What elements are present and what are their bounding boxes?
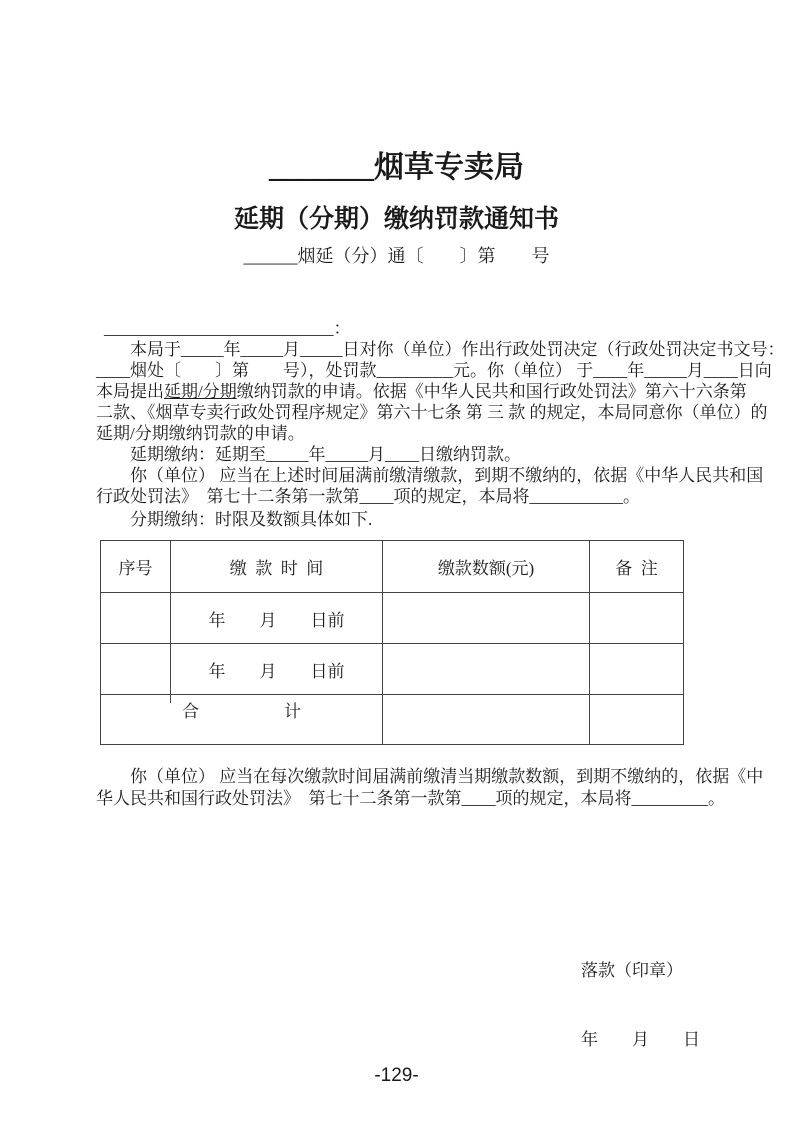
cell-time-2: 年 月 日前 bbox=[171, 644, 383, 695]
page-number: -129- bbox=[0, 1064, 793, 1088]
header-seq: 序号 bbox=[101, 541, 171, 593]
body-line-approve: 延期/分期缴纳罚款的申请。 bbox=[96, 423, 756, 444]
cell-total-amount bbox=[383, 695, 590, 745]
table-divider-tail bbox=[170, 695, 171, 703]
org-title: _______烟草专卖局 bbox=[96, 146, 697, 190]
signature-seal: 落款（印章） bbox=[581, 959, 781, 982]
apply-suffix: 缴纳罚款的申请。依据《中华人民共和国行政处罚法》第六十六条第 bbox=[237, 382, 747, 401]
cell-note-1 bbox=[590, 593, 684, 644]
document-page: _______烟草专卖局 延期（分期）缴纳罚款通知书 ______烟延（分）通〔… bbox=[0, 0, 793, 1122]
body-line-apply: 本局提出延期/分期缴纳罚款的申请。依据《中华人民共和国行政处罚法》第六十六条第 bbox=[96, 381, 756, 402]
after-table-paragraph: 你（单位） 应当在每次缴款时间届满前缴清当期缴款数额，到期不缴纳的，依据《中 华… bbox=[96, 766, 756, 810]
total-label-text: 合 计 bbox=[182, 702, 301, 721]
doc-title: 延期（分期）缴纳罚款通知书 bbox=[96, 202, 697, 236]
cell-total-label: 合 计 bbox=[101, 695, 383, 745]
cell-seq-2 bbox=[101, 644, 171, 695]
after-line-1: 你（单位） 应当在每次缴款时间届满前缴清当期缴款数额，到期不缴纳的，依据《中 bbox=[96, 766, 756, 788]
table-total-row: 合 计 bbox=[101, 695, 684, 745]
body-paragraphs: ___________________________： 本局于_____年__… bbox=[96, 318, 756, 507]
header-remark: 备 注 bbox=[590, 541, 684, 593]
body-line-regulation: 二款、《烟草专卖行政处罚程序规定》第六十七条 第 三 款 的规定，本局同意你（单… bbox=[96, 402, 756, 423]
cell-amount-1 bbox=[383, 593, 590, 644]
doc-number: ______烟延（分）通〔 〕第 号 bbox=[96, 243, 697, 269]
body-line-penalty-no: ____烟处〔 〕第 号），处罚款_________元。你（单位） 于____年… bbox=[96, 360, 756, 381]
apply-deferred-installment-underlined: 延期/分期 bbox=[164, 382, 237, 401]
cell-total-note bbox=[590, 695, 684, 745]
installment-intro: 分期缴纳：时限及数额具体如下. bbox=[96, 509, 731, 531]
body-line-decision: 本局于_____年_____月_____日对你（单位）作出行政处罚决定（行政处罚… bbox=[96, 339, 756, 360]
body-line-deferred-date: 延期缴纳：延期至_____年_____月____日缴纳罚款。 bbox=[96, 444, 756, 465]
org-name-blank: _______ bbox=[269, 151, 374, 184]
cell-seq-1 bbox=[101, 593, 171, 644]
table-row: 年 月 日前 bbox=[101, 593, 684, 644]
body-line-warning-2: 行政处罚法》 第七十二条第一款第____项的规定，本局将___________。 bbox=[96, 486, 756, 507]
table-header-row: 序号 缴 款 时 间 缴款数额(元) 备 注 bbox=[101, 541, 684, 593]
after-line-2: 华人民共和国行政处罚法》 第七十二条第一款第____项的规定，本局将______… bbox=[96, 788, 756, 810]
addressee-line: ___________________________： bbox=[96, 318, 756, 339]
cell-amount-2 bbox=[383, 644, 590, 695]
org-name: 烟草专卖局 bbox=[374, 151, 524, 184]
installment-table: 序号 缴 款 时 间 缴款数额(元) 备 注 年 月 日前 年 月 日前 合 计 bbox=[100, 540, 684, 745]
header-pay-amount: 缴款数额(元) bbox=[383, 541, 590, 593]
signature-date: 年 月 日 bbox=[581, 1028, 781, 1051]
cell-time-1: 年 月 日前 bbox=[171, 593, 383, 644]
cell-note-2 bbox=[590, 644, 684, 695]
header-pay-time: 缴 款 时 间 bbox=[171, 541, 383, 593]
body-line-warning-1: 你（单位） 应当在上述时间届满前缴清缴款，到期不缴纳的，依据《中华人民共和国 bbox=[96, 465, 756, 486]
table-row: 年 月 日前 bbox=[101, 644, 684, 695]
apply-prefix: 本局提出 bbox=[96, 382, 164, 401]
